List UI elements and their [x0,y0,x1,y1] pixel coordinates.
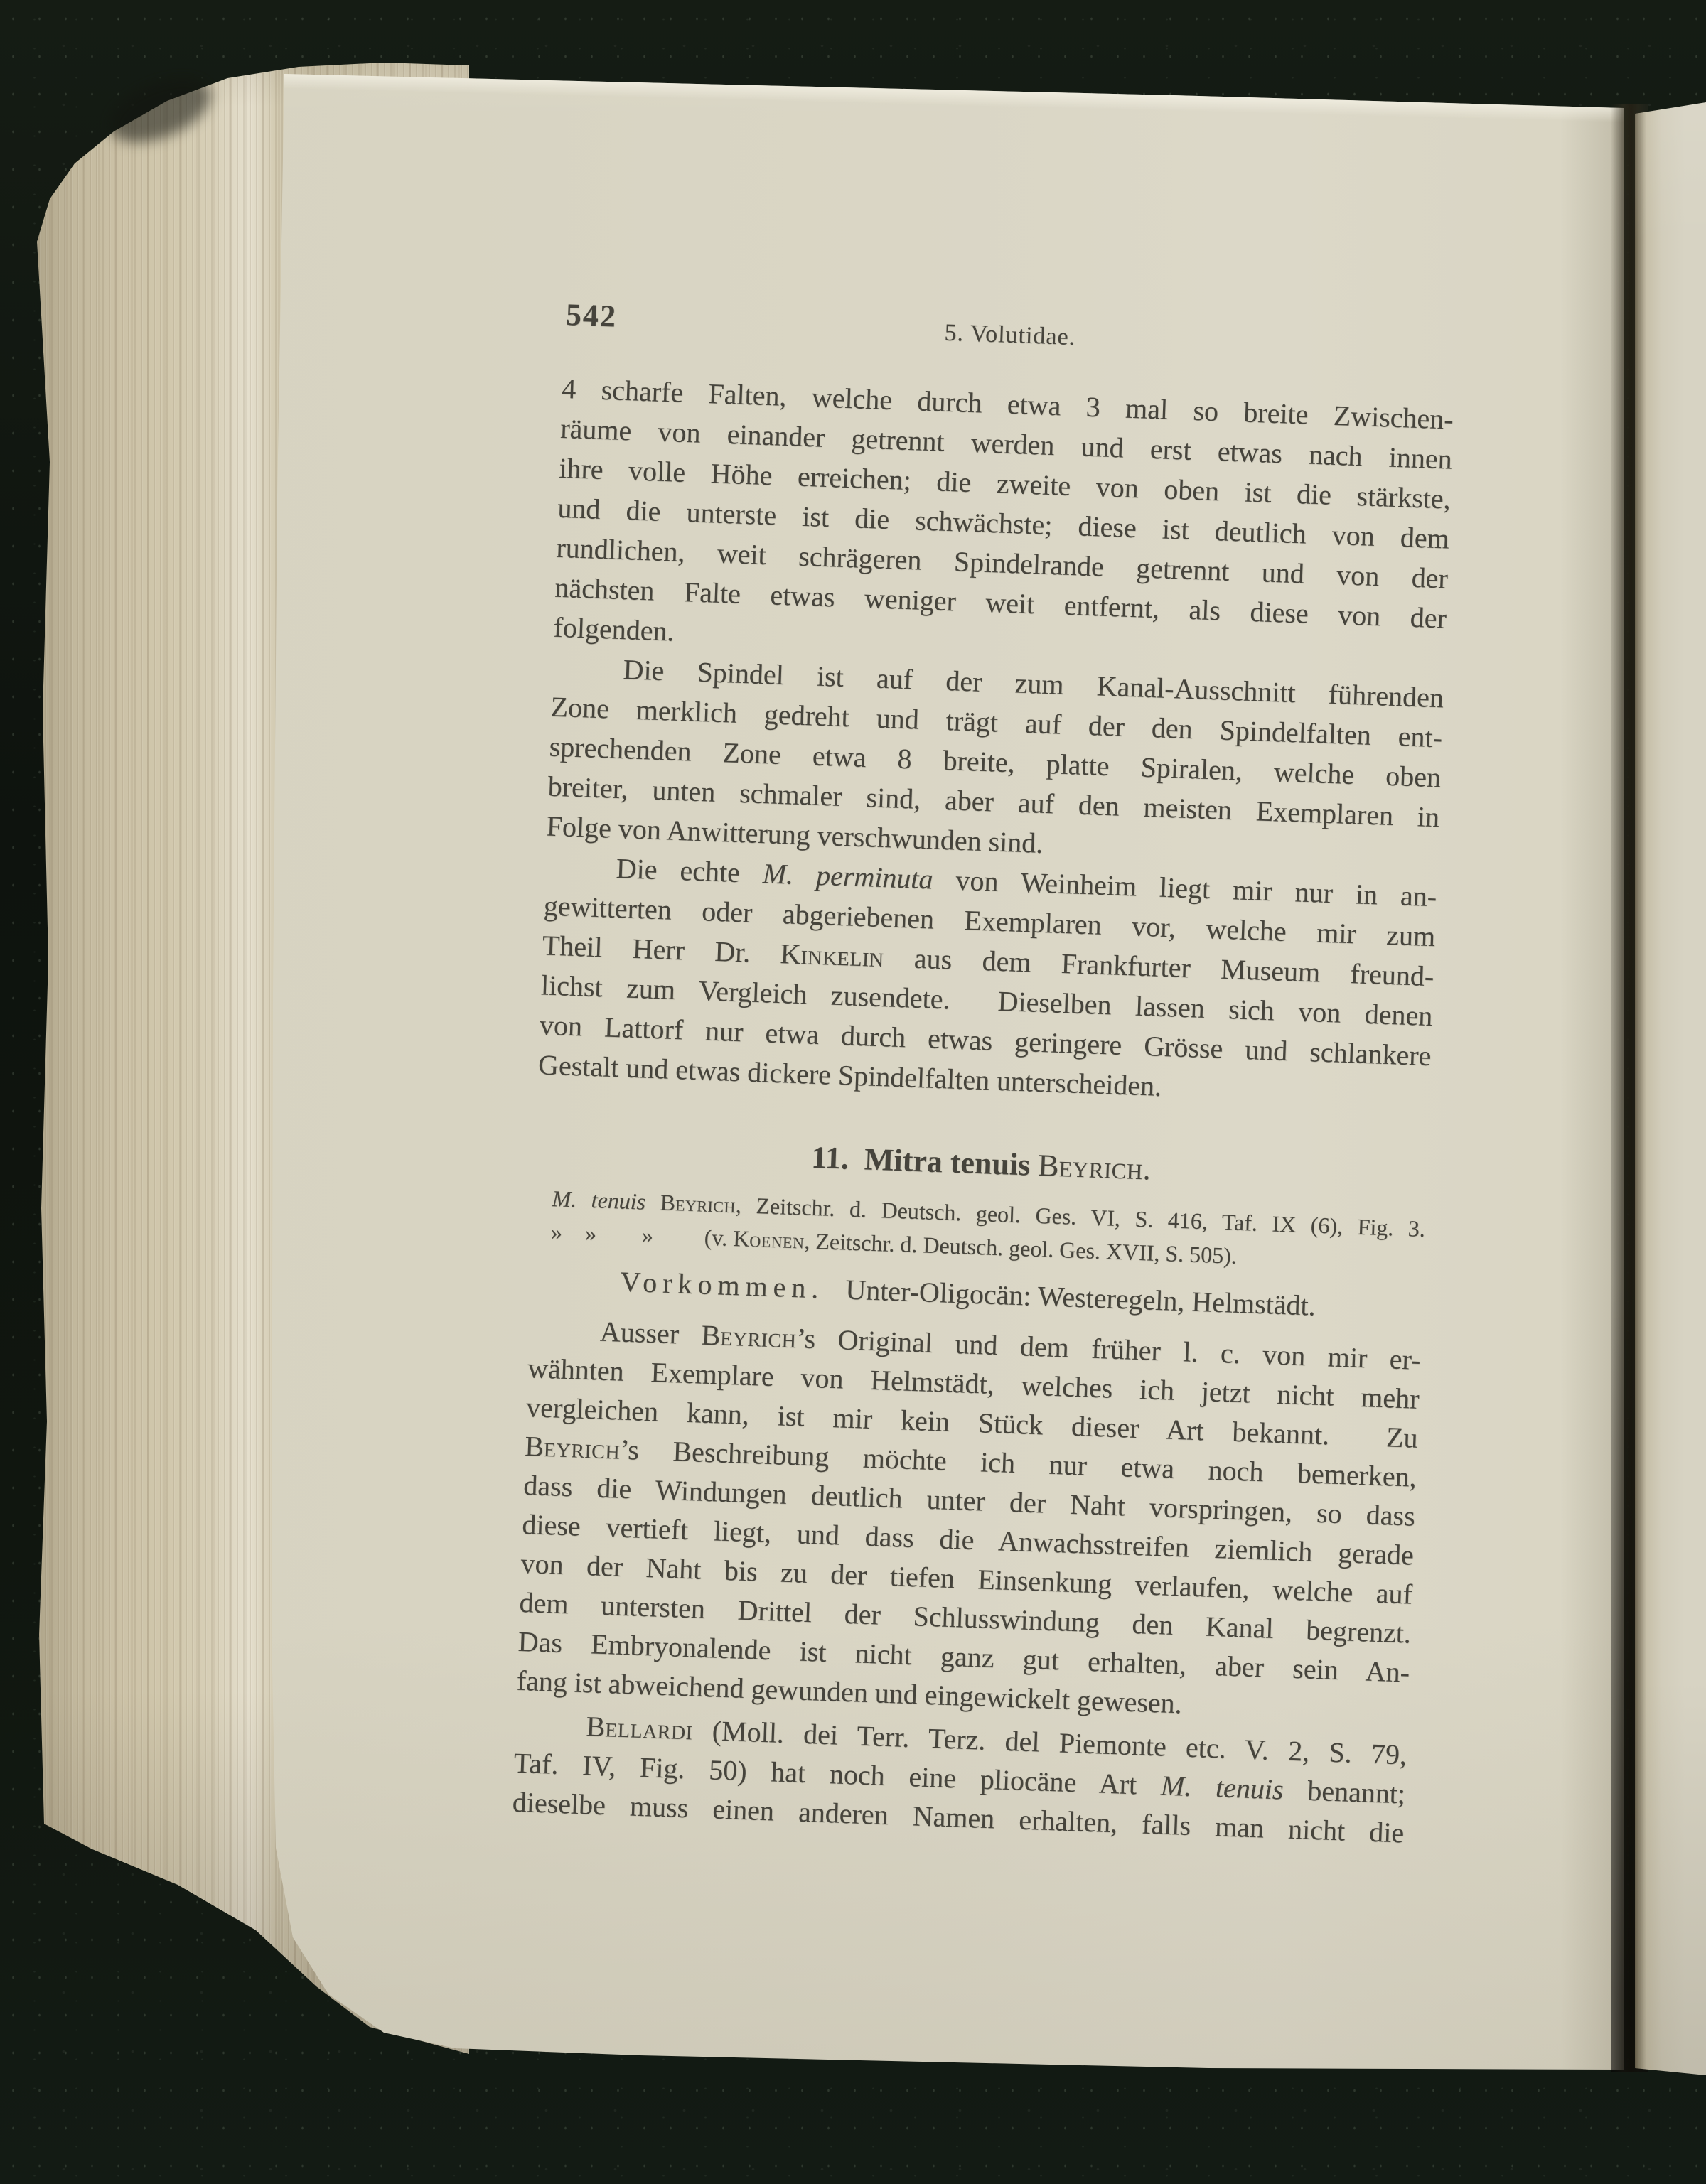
body-paragraph: 4 scharfe Falten, welche durch etwa 3 ma… [553,369,1454,679]
photo-scene: 542 5. Volutidae. 4 scharfe Falten, welc… [0,0,1706,2184]
next-page-edge [1635,102,1706,2075]
body-paragraph: Die echte M. perminuta von Weinheim lieg… [537,846,1437,1117]
page-text: 542 5. Volutidae. 4 scharfe Falten, welc… [512,295,1456,1852]
body-paragraph: Ausser Beyrich’s Original und dem früher… [516,1309,1421,1731]
body-paragraph: Die Spindel ist auf der zum Kanal-Aussch… [546,647,1444,878]
